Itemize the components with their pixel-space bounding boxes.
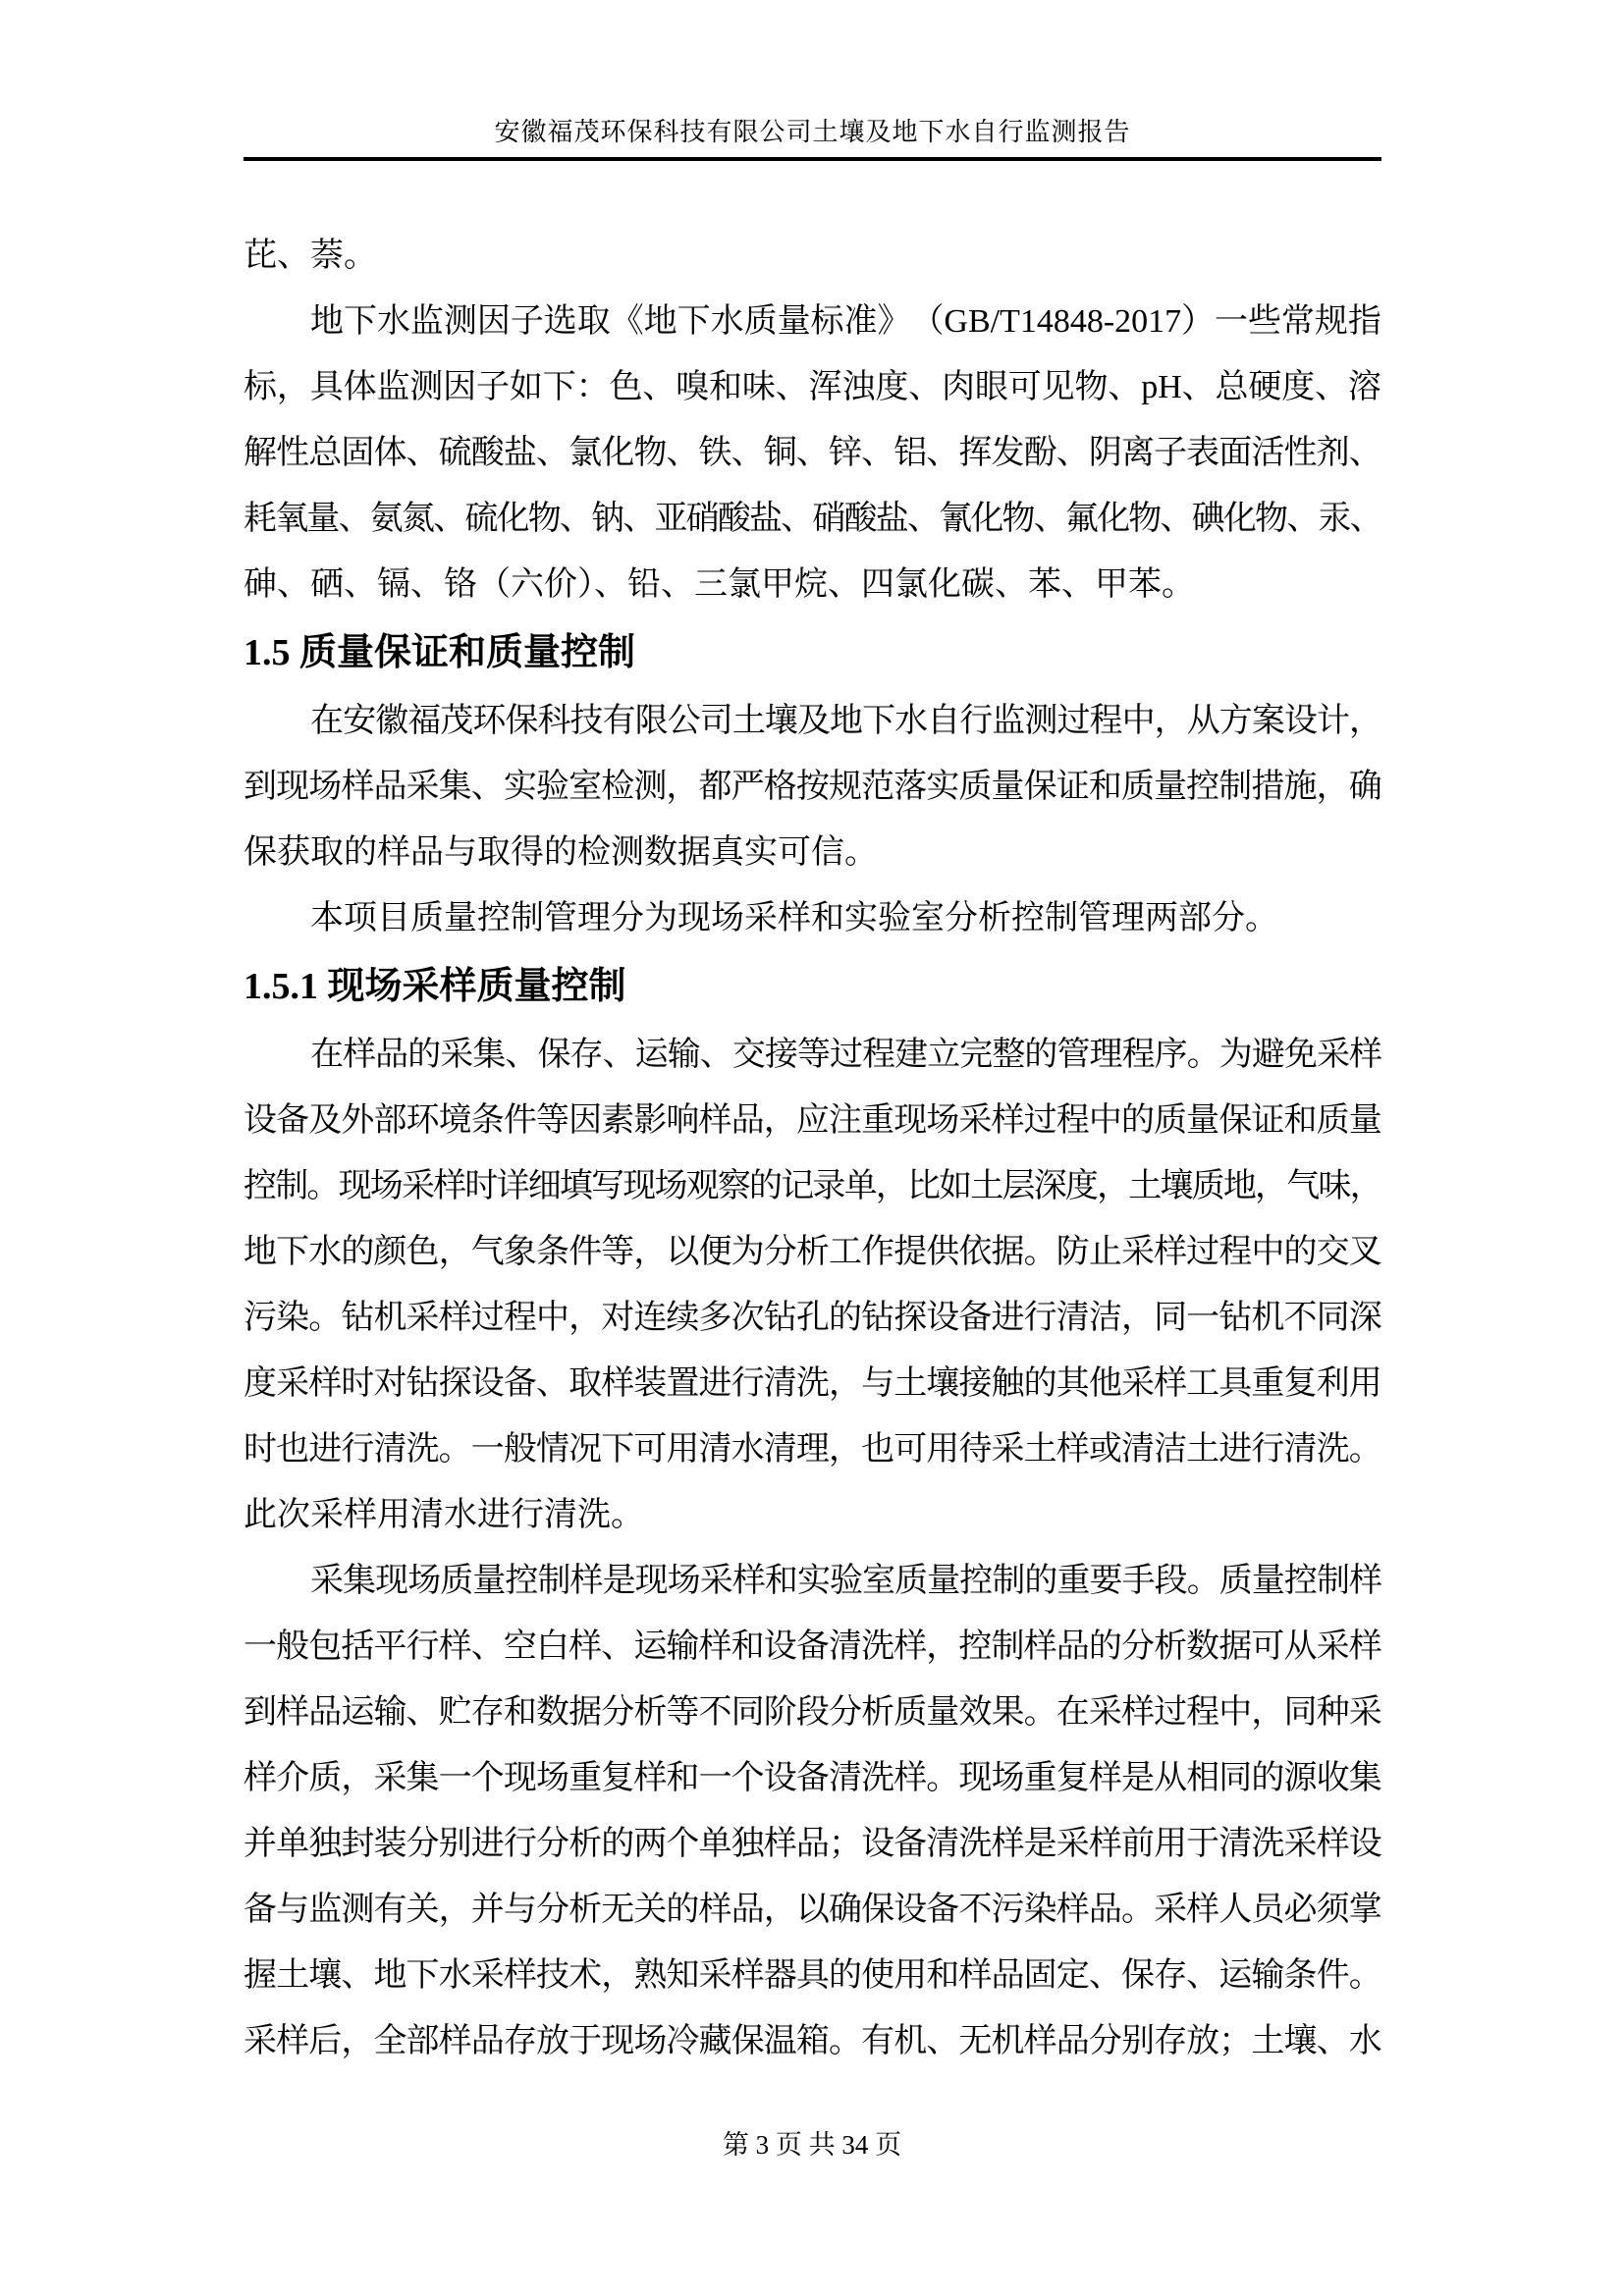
- paragraph-line: 砷、硒、镉、铬（六价）、铅、三氯甲烷、四氯化碳、苯、甲苯。: [244, 552, 1381, 617]
- paragraph-line: 地下水监测因子选取《地下水质量标准》（GB/T14848-2017）一些常规指: [244, 289, 1381, 354]
- page-header: 安徽福茂环保科技有限公司土壤及地下水自行监测报告: [0, 0, 1624, 161]
- paragraph-line: 地下水的颜色，气象条件等，以便为分析工作提供依据。防止采样过程中的交叉: [244, 1219, 1381, 1285]
- paragraph-line: 此次采样用清水进行清洗。: [244, 1482, 1381, 1548]
- paragraph-line: 采样后，全部样品存放于现场冷藏保温箱。有机、无机样品分别存放；土壤、水: [244, 2008, 1381, 2074]
- paragraph-line: 标，具体监测因子如下：色、嗅和味、浑浊度、肉眼可见物、pH、总硬度、溶: [244, 354, 1381, 420]
- paragraph-line: 度采样时对钻探设备、取样装置进行清洗，与土壤接触的其他采样工具重复利用: [244, 1351, 1381, 1416]
- paragraph-line: 握土壤、地下水采样技术，熟知采样器具的使用和样品固定、保存、运输条件。: [244, 1943, 1381, 2008]
- page-number-text: 第 3 页 共 34 页: [723, 2130, 901, 2160]
- paragraph-line: 本项目质量控制管理分为现场采样和实验室分析控制管理两部分。: [244, 885, 1381, 951]
- paragraph-line: 在安徽福茂环保科技有限公司土壤及地下水自行监测过程中，从方案设计，: [244, 688, 1381, 754]
- paragraph-line: 到现场样品采集、实验室检测，都严格按规范落实质量保证和质量控制措施，确: [244, 754, 1381, 820]
- paragraph-line: 耗氧量、氨氮、硫化物、钠、亚硝酸盐、硝酸盐、氰化物、氟化物、碘化物、汞、: [244, 486, 1381, 552]
- paragraph-line: 并单独封装分别进行分析的两个单独样品；设备清洗样是采样前用于清洗采样设: [244, 1811, 1381, 1877]
- paragraph-line: 保获取的样品与取得的检测数据真实可信。: [244, 820, 1381, 885]
- paragraph-line: 一般包括平行样、空白样、运输样和设备清洗样，控制样品的分析数据可从采样: [244, 1614, 1381, 1680]
- section-heading: 1.5.1 现场采样质量控制: [244, 951, 1381, 1022]
- paragraph-line: 芘、萘。: [244, 223, 1381, 289]
- document-page: 安徽福茂环保科技有限公司土壤及地下水自行监测报告 芘、萘。地下水监测因子选取《地…: [0, 0, 1624, 2296]
- paragraph-line: 时也进行清洗。一般情况下可用清水清理，也可用待采土样或清洁土进行清洗。: [244, 1416, 1381, 1482]
- paragraph-line: 采集现场质量控制样是现场采样和实验室质量控制的重要手段。质量控制样: [244, 1548, 1381, 1614]
- paragraph-line: 在样品的采集、保存、运输、交接等过程建立完整的管理程序。为避免采样: [244, 1022, 1381, 1088]
- page-footer: 第 3 页 共 34 页: [0, 2128, 1624, 2162]
- paragraph-line: 设备及外部环境条件等因素影响样品，应注重现场采样过程中的质量保证和质量: [244, 1088, 1381, 1153]
- paragraph-line: 到样品运输、贮存和数据分析等不同阶段分析质量效果。在采样过程中，同种采: [244, 1680, 1381, 1745]
- section-heading: 1.5 质量保证和质量控制: [244, 617, 1381, 688]
- paragraph-line: 解性总固体、硫酸盐、氯化物、铁、铜、锌、铝、挥发酚、阴离子表面活性剂、: [244, 420, 1381, 486]
- paragraph-line: 污染。钻机采样过程中，对连续多次钻孔的钻探设备进行清洁，同一钻机不同深: [244, 1285, 1381, 1351]
- header-title: 安徽福茂环保科技有限公司土壤及地下水自行监测报告: [244, 116, 1381, 149]
- paragraph-line: 备与监测有关，并与分析无关的样品，以确保设备不污染样品。采样人员必须掌: [244, 1877, 1381, 1943]
- document-body: 芘、萘。地下水监测因子选取《地下水质量标准》（GB/T14848-2017）一些…: [0, 161, 1624, 2074]
- paragraph-line: 样介质，采集一个现场重复样和一个设备清洗样。现场重复样是从相同的源收集: [244, 1745, 1381, 1811]
- paragraph-line: 控制。现场采样时详细填写现场观察的记录单，比如土层深度，土壤质地，气味，: [244, 1153, 1381, 1219]
